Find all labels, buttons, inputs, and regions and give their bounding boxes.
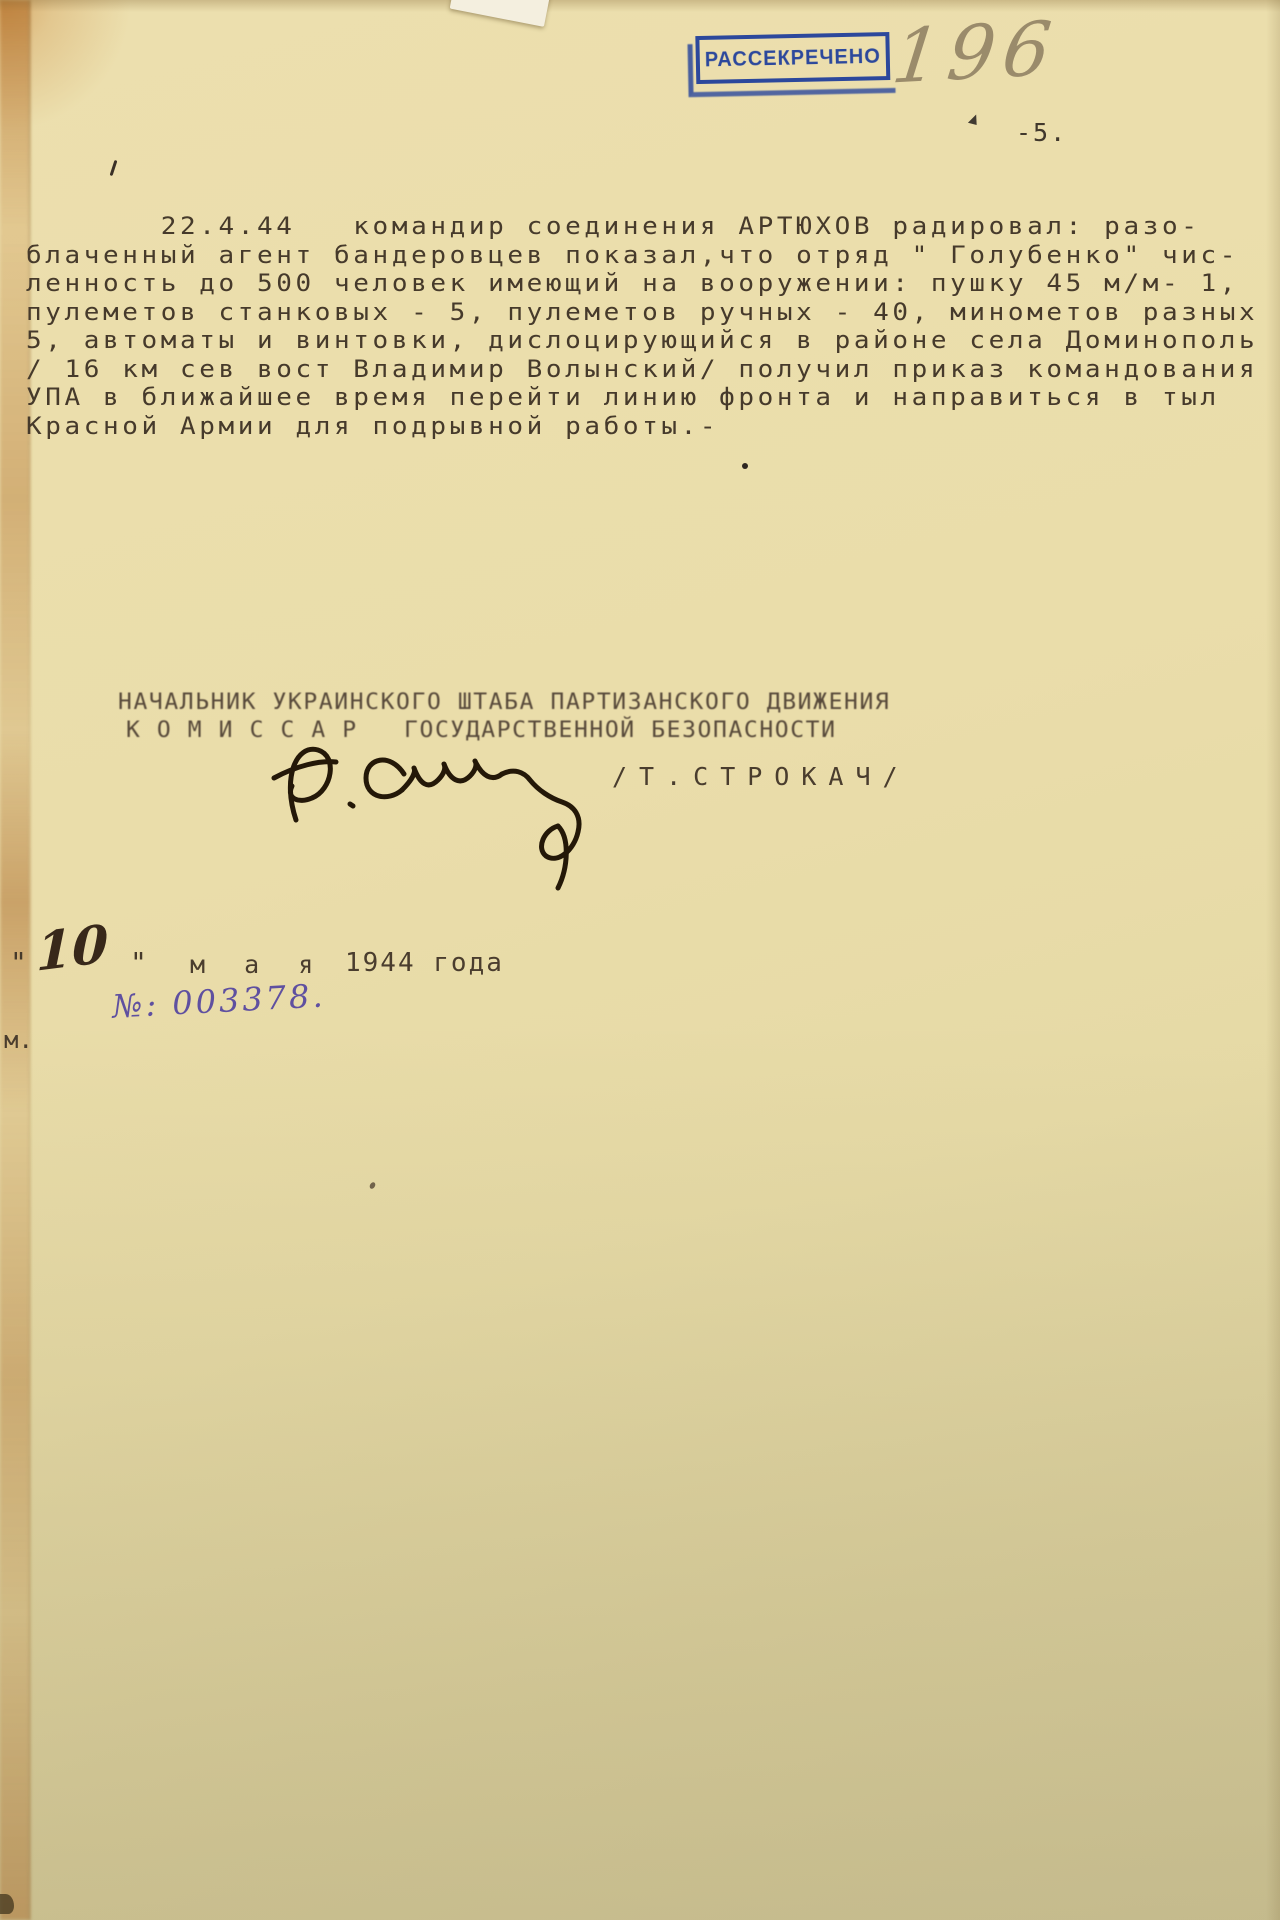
declassified-stamp: РАССЕКРЕЧЕНО — [689, 30, 900, 104]
body-text-line: Красной Армии для подрывной работы.- — [26, 414, 1258, 440]
stamp-label: РАССЕКРЕЧЕНО — [705, 44, 882, 72]
date-open-quote: " — [10, 946, 27, 979]
body-text-line: пулеметов станковых - 5, пулеметов ручны… — [26, 300, 1258, 326]
handwritten-page-number: 196 — [888, 5, 1064, 100]
date-close-quote: " — [130, 946, 147, 979]
paper-shading-bottom — [0, 1020, 1280, 1920]
paper-corner-speck — [0, 1894, 14, 1914]
handwritten-document-number: №: 003378. — [111, 976, 326, 1025]
ink-speck — [369, 1181, 377, 1190]
body-text-line: 22.4.44 командир соединения АРТЮХОВ ради… — [26, 214, 1258, 240]
body-text-line: УПА в ближайшее время перейти линию фрон… — [26, 385, 1258, 411]
body-text: 22.4.44 командир соединения АРТЮХОВ ради… — [26, 214, 1258, 442]
typed-signature-name: /Т.СТРОКАЧ/ — [612, 762, 910, 791]
ink-speck — [110, 160, 118, 176]
ink-speck — [742, 463, 748, 469]
body-text-line: ленность до 500 человек имеющий на воору… — [26, 271, 1258, 297]
typed-page-number: -5. — [1016, 118, 1067, 147]
torn-page-corner — [450, 0, 551, 27]
marginal-note: м. — [4, 1026, 33, 1054]
paper-right-edge — [1266, 0, 1280, 1920]
signer-title-line1: НАЧАЛЬНИК УКРАИНСКОГО ШТАБА ПАРТИЗАНСКОГ… — [118, 690, 890, 715]
handwritten-signature — [262, 728, 612, 903]
body-text-line: / 16 км сев вост Владимир Волынский/ пол… — [26, 357, 1258, 383]
handwritten-day: 10 — [36, 913, 109, 983]
body-text-line: блаченный агент бандеровцев показал,что … — [26, 243, 1258, 269]
date-year: 1944 года — [345, 948, 504, 978]
date-month: м а я — [190, 950, 325, 979]
stamp-border: РАССЕКРЕЧЕНО — [695, 32, 890, 84]
paper-top-edge — [0, 0, 1280, 12]
document-page: РАССЕКРЕЧЕНО 196 -5. 22.4.44 командир со… — [0, 0, 1280, 1920]
ink-speck — [968, 113, 979, 125]
body-text-line: 5, автоматы и винтовки, дислоцирующийся … — [26, 328, 1258, 354]
